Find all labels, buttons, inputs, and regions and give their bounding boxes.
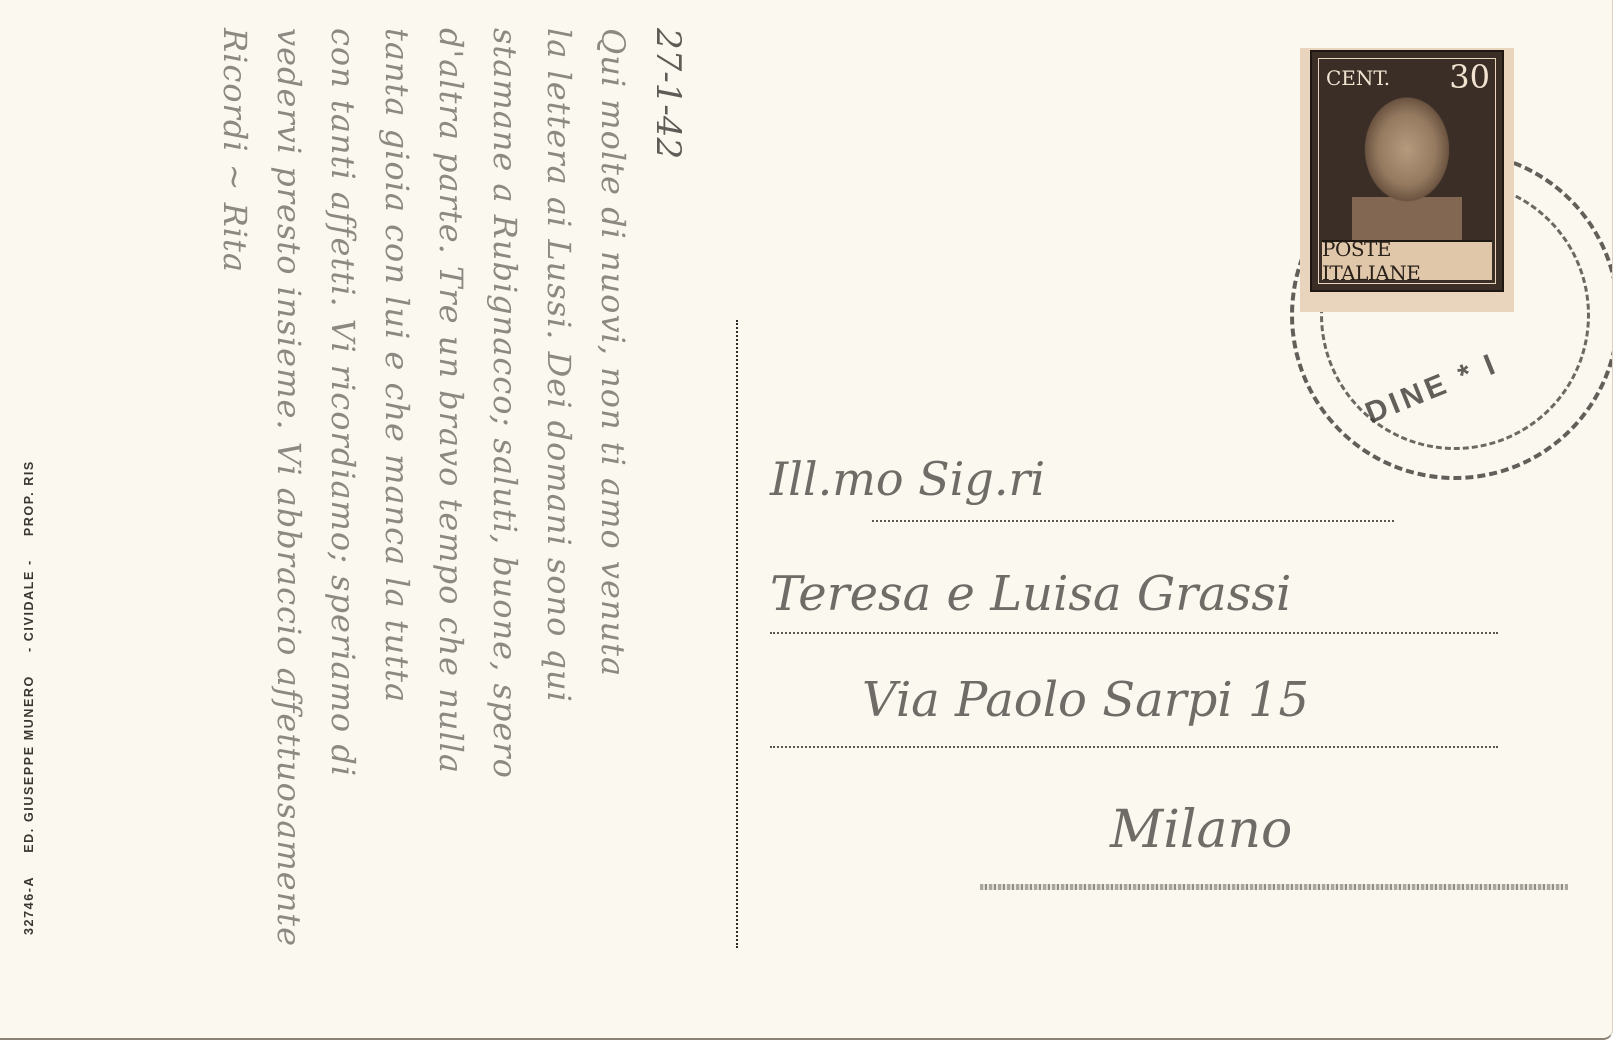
address-rule-2 bbox=[770, 632, 1498, 634]
address-rule-3 bbox=[770, 746, 1498, 748]
address-street: Via Paolo Sarpi 15 bbox=[862, 672, 1309, 728]
message-line: stamane a Rubignacco; saluti, buone, spe… bbox=[470, 28, 524, 1018]
address-rule-1 bbox=[872, 520, 1394, 522]
message-line: la lettera ai Lussi. Dei domani sono qui bbox=[524, 28, 578, 1018]
address-city: Milano bbox=[1110, 800, 1292, 860]
center-divider bbox=[736, 320, 738, 948]
stamp-country: POSTE ITALIANE bbox=[1322, 237, 1492, 285]
address-recipient: Teresa e Luisa Grassi bbox=[770, 566, 1291, 622]
publisher-imprint: 32746-A ED. GIUSEPPE MUNERO - CIVIDALE -… bbox=[22, 442, 36, 935]
handwritten-message: 27-1-42 Qui molte di nuovi, non ti amo v… bbox=[200, 28, 688, 1018]
imprint-city: - CIVIDALE - bbox=[22, 559, 36, 652]
king-portrait-icon bbox=[1352, 78, 1462, 248]
message-line: con tanti affetti. Vi ricordiamo; speria… bbox=[308, 28, 362, 1018]
message-line: tanta gioia con lui e che manca la tutta bbox=[362, 28, 416, 1018]
message-line: Qui molte di nuovi, non ti amo venuta bbox=[578, 28, 632, 1018]
stamp-country-band: POSTE ITALIANE bbox=[1322, 240, 1492, 280]
message-line: d'altra parte. Tre un bravo tempo che nu… bbox=[416, 28, 470, 1018]
postcard: 32746-A ED. GIUSEPPE MUNERO - CIVIDALE -… bbox=[0, 0, 1613, 1040]
imprint-publisher: ED. GIUSEPPE MUNERO bbox=[22, 675, 36, 853]
imprint-number: 32746-A bbox=[22, 876, 36, 935]
printed-microline bbox=[980, 884, 1568, 890]
stamp-value: 30 bbox=[1449, 58, 1490, 96]
message-line: vedervi presto insieme. Vi abbraccio aff… bbox=[254, 28, 308, 1018]
postage-stamp: CENT. 30 POSTE ITALIANE bbox=[1310, 50, 1504, 292]
message-line: Ricordi ~ Rita bbox=[200, 28, 254, 1018]
imprint-rights: PROP. RIS bbox=[22, 460, 36, 536]
message-date: 27-1-42 bbox=[632, 28, 688, 1018]
address-salutation: Ill.mo Sig.ri bbox=[770, 452, 1045, 506]
